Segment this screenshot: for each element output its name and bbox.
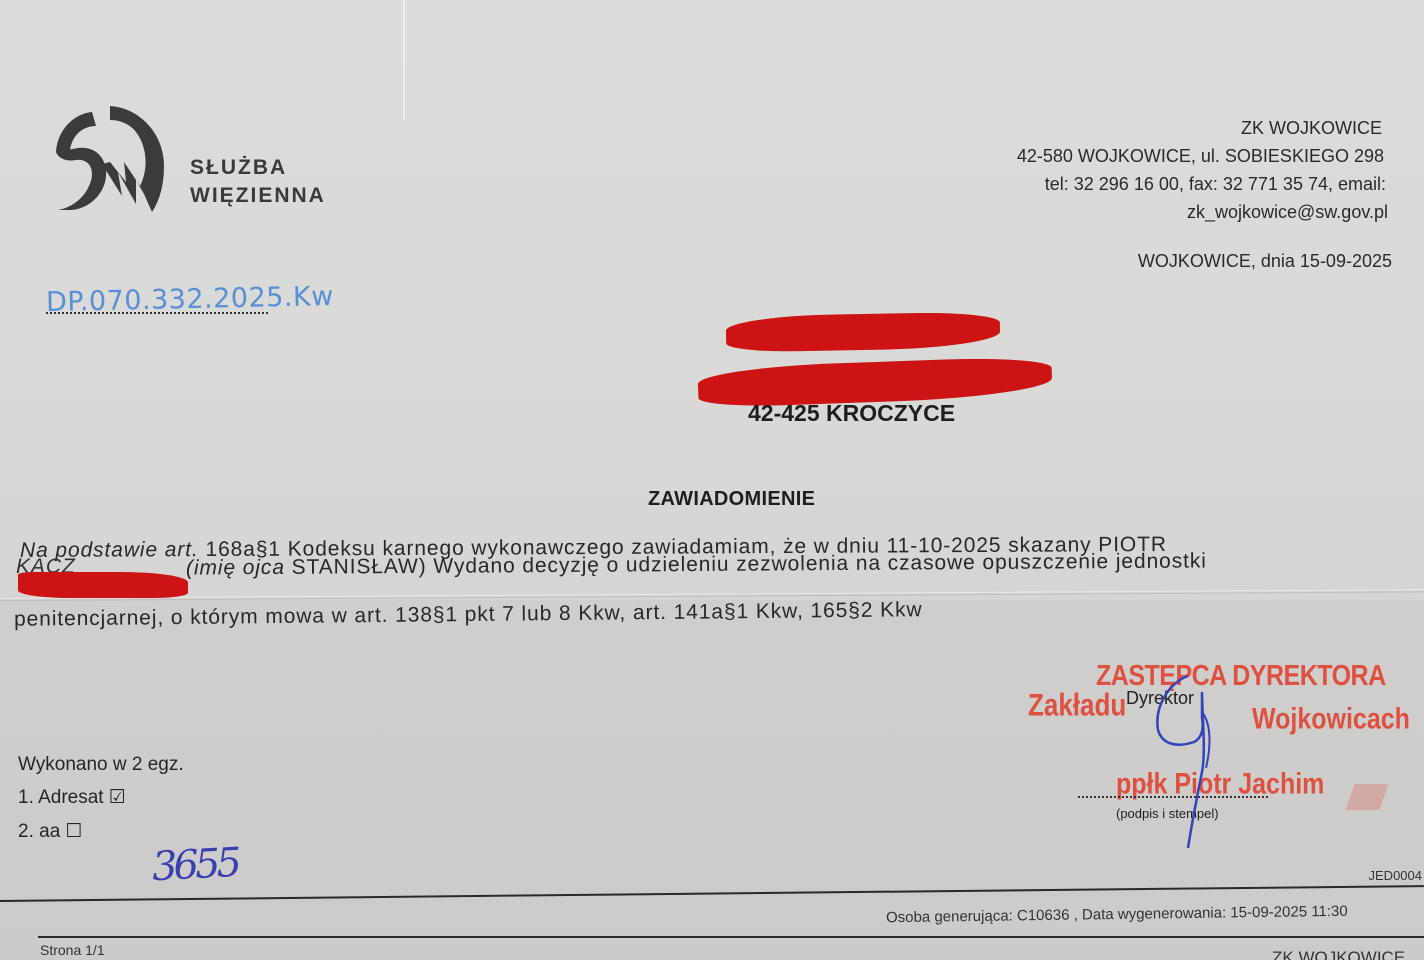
footer-rule-page bbox=[38, 936, 1424, 938]
handwritten-number: 3655 bbox=[151, 840, 239, 890]
copies-heading: Wykonano w 2 egz. bbox=[18, 754, 184, 776]
redaction-surname bbox=[18, 572, 188, 598]
logo-line2: WIĘZIENNA bbox=[190, 182, 326, 210]
footer-page-number: Strona 1/1 bbox=[40, 942, 105, 958]
letter-date: WOJKOWICE, dnia 15-09-2025 bbox=[1138, 247, 1392, 275]
document-title: ZAWIADOMIENIE bbox=[648, 488, 815, 511]
stamp-institution-right: Wojkowicach bbox=[1252, 702, 1410, 737]
recipient-city: 42-425 KROCZYCE bbox=[748, 400, 955, 427]
body-line-2-italic: (imię ojca bbox=[186, 556, 285, 580]
checkbox-checked-icon: ☑ bbox=[109, 787, 126, 808]
sender-name: ZK WOJKOWICE bbox=[1241, 114, 1382, 142]
copy-item-2-label: 2. aa bbox=[18, 821, 60, 842]
reference-dotted-line bbox=[46, 312, 268, 314]
sw-logo-icon bbox=[52, 104, 172, 216]
sender-address: 42-580 WOJKOWICE, ul. SOBIESKIEGO 298 bbox=[1017, 142, 1384, 170]
next-page-header: ZK WOJKOWICE bbox=[1272, 948, 1405, 960]
checkbox-empty-icon: ☐ bbox=[66, 821, 83, 842]
copy-item-1: 1. Adresat ☑ bbox=[18, 786, 126, 809]
copy-item-1-label: 1. Adresat bbox=[18, 787, 104, 808]
stamp-institution-left: Zakładu bbox=[1028, 687, 1126, 724]
copy-item-2: 2. aa ☐ bbox=[18, 820, 83, 843]
footer-code: JED0004 bbox=[1369, 868, 1422, 883]
logo-wordmark: SŁUŻBA WIĘZIENNA bbox=[190, 154, 326, 210]
handwritten-signature bbox=[1140, 672, 1230, 852]
paper-fold bbox=[403, 0, 405, 120]
redaction-recipient-name bbox=[726, 312, 1001, 353]
sender-email: zk_wojkowice@sw.gov.pl bbox=[1187, 198, 1388, 226]
sender-contact: tel: 32 296 16 00, fax: 32 771 35 74, em… bbox=[1045, 170, 1386, 198]
logo-line1: SŁUŻBA bbox=[190, 154, 326, 182]
